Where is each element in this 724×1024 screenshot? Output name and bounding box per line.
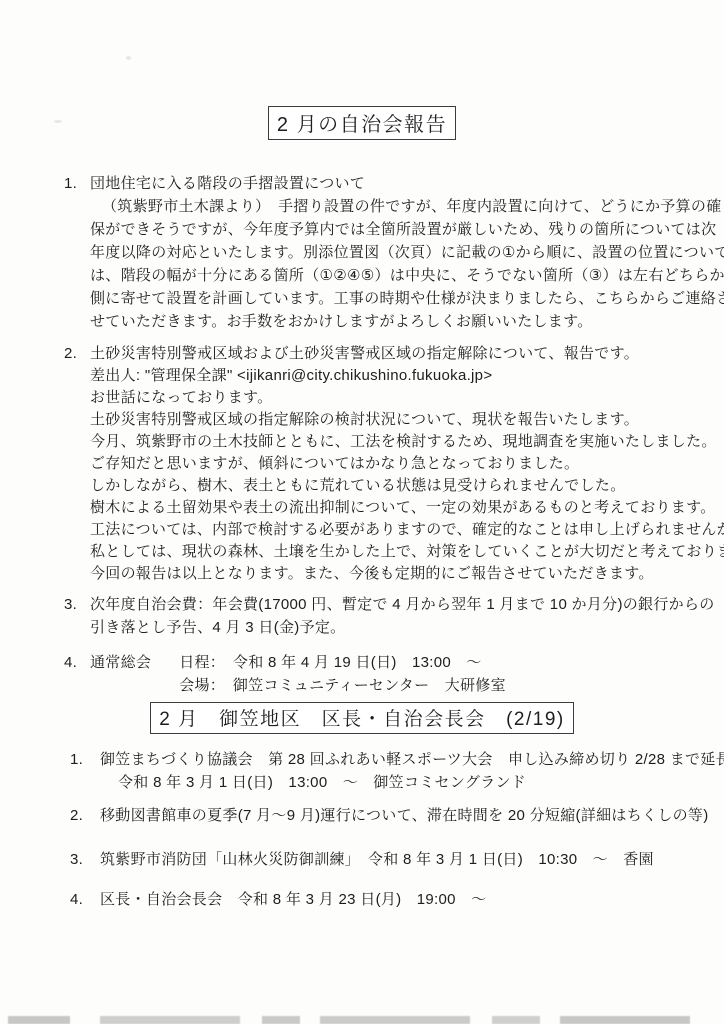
item-line: 引き落とし予告、4 月 3 日(金)予定。 [90,616,715,639]
item-line: 側に寄せて設置を計画しています。工事の時期や仕様が決まりましたら、こちらからご連… [90,287,724,310]
item-line: 保ができそうですが、今年度予算内では全箇所設置が厳しいため、残りの箇所については… [90,218,724,241]
item-number: 3. [70,848,100,871]
item-body: 筑紫野市消防団「山林火災防御訓練」 令和 8 年 3 月 1 日(日) 10:3… [100,848,672,871]
general-meeting-row: 通常総会 日程： 令和 8 年 4 月 19 日(日) 13:00 ～ 会場： … [90,651,672,697]
item-line: お世話になっております。 [90,387,724,409]
item-number: 4. [70,888,100,911]
item-line: 次年度自治会費：年会費(17000 円、暫定で 4 月から翌年 1 月まで 10… [90,593,715,616]
item-body: 御笠まちづくり協議会 第 28 回ふれあい軽スポーツ大会 申し込み締め切り 2/… [100,748,724,794]
general-meeting-schedule: 日程： 令和 8 年 4 月 19 日(日) 13:00 ～ 会場： 御笠コミュ… [179,651,506,697]
item-line: 年度以降の対応といたします。別添位置図（次頁）に記載の①から順に、設置の位置につ… [90,241,724,264]
general-meeting-label: 通常総会 [90,651,151,697]
meeting-item-4: 4. 区長・自治会長会 令和 8 年 3 月 23 日(月) 19:00 ～ [0,888,724,911]
item-line: は、階段の幅が十分にある箇所（①②④⑤）は中央に、そうでない箇所（③）は左右どち… [90,264,724,287]
item-line: 樹木による土留効果や表土の流出抑制について、一定の効果があるものと考えております… [90,497,724,519]
scan-speck [54,120,62,123]
item-line: 土砂災害特別警戒区域の指定解除の検討状況について、現状を報告いたします。 [90,409,724,431]
item-body: 区長・自治会長会 令和 8 年 3 月 23 日(月) 19:00 ～ [100,888,672,911]
item-line: ご存知だと思いますが、傾斜についてはかなり急となっておりました。 [90,453,724,475]
schedule-venue-line: 会場： 御笠コミュニティーセンター 大研修室 [179,674,506,697]
section1-title-row: 2 月の自治会報告 [0,0,724,140]
scan-speck [126,56,131,60]
item-body: 次年度自治会費：年会費(17000 円、暫定で 4 月から翌年 1 月まで 10… [90,593,715,639]
item-line: 私としては、現状の森林、土壌を生かした上で、対策をしていくことが大切だと考えてお… [90,541,724,563]
item-number: 1. [70,748,100,771]
item-line: 土砂災害特別警戒区域および土砂災害警戒区域の指定解除について、報告です。 [90,343,724,365]
schedule-date-line: 日程： 令和 8 年 4 月 19 日(日) 13:00 ～ [179,651,506,674]
item-body: 団地住宅に入る階段の手摺設置について （筑紫野市土木課より） 手摺り設置の件です… [90,172,724,333]
meeting-item-1: 1. 御笠まちづくり協議会 第 28 回ふれあい軽スポーツ大会 申し込み締め切り… [0,748,724,794]
item-line: 区長・自治会長会 令和 8 年 3 月 23 日(月) 19:00 ～ [100,888,672,911]
item-line: （筑紫野市土木課より） 手摺り設置の件ですが、年度内設置に向けて、どうにか予算の… [90,195,724,218]
item-line: 令和 8 年 3 月 1 日(日) 13:00 ～ 御笠コミセングランド [100,771,724,794]
section2-title-row: 2 月 御笠地区 区長・自治会長会 (2/19) [0,702,724,734]
item-line: しかしながら、樹木、表土ともに荒れている状態は見受けられませんでした。 [90,475,724,497]
item-number: 3. [64,593,90,616]
item-line: 今月、筑紫野市の土木技師とともに、工法を検討するため、現地調査を実施いたしました… [90,431,724,453]
item-line: 御笠まちづくり協議会 第 28 回ふれあい軽スポーツ大会 申し込み締め切り 2/… [100,748,724,771]
report-item-1: 1. 団地住宅に入る階段の手摺設置について （筑紫野市土木課より） 手摺り設置の… [0,172,724,333]
item-line: 今回の報告は以上となります。また、今後も定期的にご報告させていただきます。 [90,563,724,585]
meeting-item-3: 3. 筑紫野市消防団「山林火災防御訓練」 令和 8 年 3 月 1 日(日) 1… [0,848,724,871]
item-body: 土砂災害特別警戒区域および土砂災害警戒区域の指定解除について、報告です。 差出人… [90,343,724,585]
report-item-2: 2. 土砂災害特別警戒区域および土砂災害警戒区域の指定解除について、報告です。 … [0,343,724,585]
section1-title: 2 月の自治会報告 [268,106,456,140]
item-number: 2. [70,804,100,827]
item-number: 2. [64,343,90,365]
report-item-4: 4. 通常総会 日程： 令和 8 年 4 月 19 日(日) 13:00 ～ 会… [0,651,724,697]
report-item-3: 3. 次年度自治会費：年会費(17000 円、暫定で 4 月から翌年 1 月まで… [0,593,724,639]
item-number: 4. [64,651,90,674]
item-line: 筑紫野市消防団「山林火災防御訓練」 令和 8 年 3 月 1 日(日) 10:3… [100,848,672,871]
item-line: 工法については、内部で検討する必要がありますので、確定的なことは申し上げられませ… [90,519,724,541]
item-line: 移動図書館車の夏季(7 月～9 月)運行について、滞在時間を 20 分短縮(詳細… [100,804,709,827]
item-line: 団地住宅に入る階段の手摺設置について [90,172,724,195]
item-line: せていただきます。お手数をおかけしますがよろしくお願いいたします。 [90,310,724,333]
item-line sender-email: 差出人: "管理保全課" <ijikanri@city.chikushino.f… [90,365,724,387]
scanned-report-page: 2 月の自治会報告 1. 団地住宅に入る階段の手摺設置について （筑紫野市土木課… [0,0,724,1024]
section2-title: 2 月 御笠地区 区長・自治会長会 (2/19) [150,702,573,734]
meeting-item-2: 2. 移動図書館車の夏季(7 月～9 月)運行について、滞在時間を 20 分短縮… [0,804,724,827]
item-body: 通常総会 日程： 令和 8 年 4 月 19 日(日) 13:00 ～ 会場： … [90,651,672,697]
item-number: 1. [64,172,90,195]
item-body: 移動図書館車の夏季(7 月～9 月)運行について、滞在時間を 20 分短縮(詳細… [100,804,709,827]
scan-noise-band [0,1016,724,1024]
